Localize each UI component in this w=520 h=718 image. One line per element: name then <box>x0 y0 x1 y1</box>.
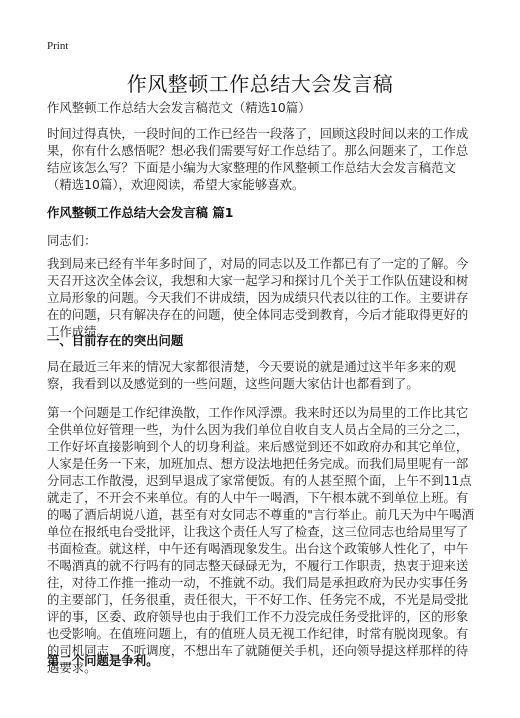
paragraph-1: 我到局来已经有半年多时间了，对局的同志以及工作都已有了一定的了解。今天召开这次全… <box>47 255 477 340</box>
heading-current-problems: 一、目前存在的突出问题 <box>47 332 477 349</box>
paragraph-2: 局在最近三年来的情况大家都很清楚，今天要说的就是通过这半年多来的观察，我看到以及… <box>47 358 477 392</box>
print-label[interactable]: Print <box>47 40 68 52</box>
page-title: 作风整顿工作总结大会发言稿 <box>0 68 520 97</box>
paragraph-3: 第一个问题是工作纪律涣散，工作作风浮漂。我来时还以为局里的工作比其它全供单位好管… <box>47 404 477 676</box>
document-page: Print 作风整顿工作总结大会发言稿 作风整顿工作总结大会发言稿范文（精选10… <box>0 0 520 718</box>
intro-paragraph: 时间过得真快，一段时间的工作已经告一段落了，回顾这段时间以来的工作成果，你有什么… <box>47 125 477 193</box>
heading-second-problem: 第二个问题是争利。 <box>47 652 477 669</box>
document-subtitle: 作风整顿工作总结大会发言稿范文（精选10篇） <box>47 99 477 116</box>
greeting: 同志们： <box>47 232 477 249</box>
section-title: 作风整顿工作总结大会发言稿 篇1 <box>47 204 477 221</box>
